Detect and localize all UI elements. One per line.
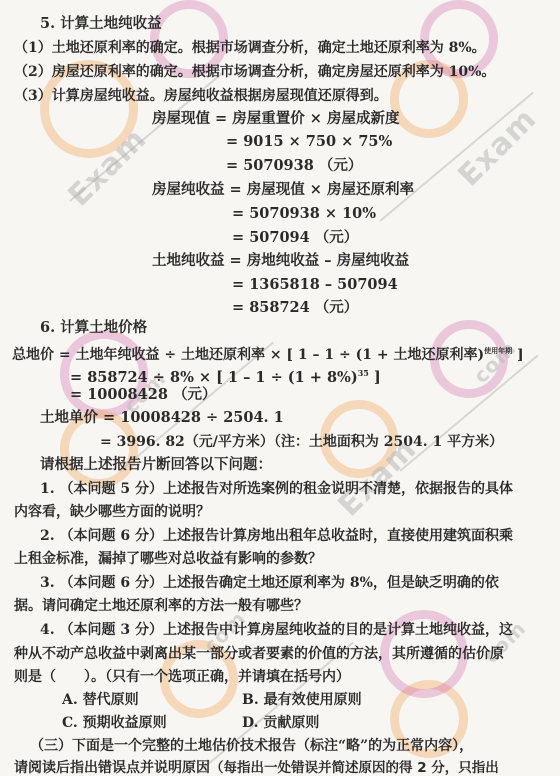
total-price-formula: 总地价 = 土地年纯收益 ÷ 土地还原利率 × [ 1 – 1 ÷ (1 + 土… bbox=[12, 341, 524, 365]
total-price-calc-exponent: 35 bbox=[358, 368, 369, 378]
question-2-line-1: 2. （本问题 6 分）上述报告计算房地出租年总收益时，直接使用建筑面积乘 bbox=[40, 526, 513, 546]
total-price-formula-exponent: 使用年期 bbox=[484, 346, 512, 355]
formula-house-income-2: = 5070938 × 10% bbox=[232, 204, 376, 224]
part-3-line-2: 请阅读后指出错误点并说明原因（每指出一处错误并简述原因的得 2 分，只指出 bbox=[14, 758, 499, 776]
total-price-formula-end: ] bbox=[512, 347, 524, 363]
question-4-line-3: 则是（ ）。（只有一个选项正确，并请填在括号内） bbox=[14, 667, 350, 687]
formula-house-value-1: 房屋现值 = 房屋重置价 × 房屋成新度 bbox=[152, 109, 400, 129]
formula-house-income-1: 房屋纯收益 = 房屋现值 × 房屋还原利率 bbox=[152, 180, 414, 200]
part-3-line-2-text: 请阅读后指出错误点并说明原因 bbox=[14, 760, 210, 776]
formula-house-income-3: = 507094 （元） bbox=[232, 228, 358, 248]
total-price-formula-main: 总地价 = 土地年纯收益 ÷ 土地还原利率 × [ 1 – 1 ÷ (1 + 土… bbox=[12, 347, 484, 363]
formula-house-value-2: = 9015 × 750 × 75% bbox=[226, 132, 392, 152]
total-price-calc-main: = 858724 ÷ 8% × [ 1 – 1 ÷ (1 + 8%) bbox=[70, 369, 358, 386]
watermark-line bbox=[379, 92, 533, 222]
section-5-item-1: （1）土地还原利率的确定。根据市场调查分析，确定土地还原利率为 8%。 bbox=[14, 38, 486, 58]
question-3-line-2: 据。请问确定土地还原利率的方法一般有哪些？ bbox=[14, 596, 308, 616]
part-3-line-1: （三）下面是一个完整的土地估价技术报告（标注“略”的为正常内容）， bbox=[30, 736, 473, 756]
part-3-line-2-scoring: （每指出一处错误并简述原因的得 2 分，只指出 bbox=[210, 760, 499, 776]
option-a: A. 替代原则 bbox=[62, 690, 139, 710]
option-b: B. 最有效使用原则 bbox=[242, 690, 362, 710]
section-5-item-3: （3）计算房屋纯收益。房屋纯收益根据房屋现值还原得到。 bbox=[14, 86, 388, 106]
question-2-line-2: 上租金标准，漏掉了哪些对总收益有影响的参数？ bbox=[14, 549, 322, 569]
question-1-line-1: 1. （本问题 5 分）上述报告对所选案例的租金说明不清楚，依据报告的具体 bbox=[40, 479, 513, 499]
question-3-line-1: 3. （本问题 6 分）上述报告确定土地还原利率为 8%，但是缺乏明确的依 bbox=[40, 573, 499, 593]
total-price-result: = 10008428 （元） bbox=[70, 385, 216, 405]
total-price-calc-end: ] bbox=[369, 369, 381, 386]
question-4-line-2: 种从不动产总收益中剥离出某一部分或者要素的价值的方法，其所遵循的估价原 bbox=[14, 644, 504, 664]
watermark-text: Exam bbox=[452, 101, 544, 193]
section-5-heading: 5. 计算土地纯收益 bbox=[40, 14, 162, 34]
formula-house-value-3: = 5070938 （元） bbox=[226, 156, 362, 176]
watermark-text: Exam bbox=[62, 121, 154, 213]
section-6-heading: 6. 计算土地价格 bbox=[40, 318, 147, 338]
watermark-line bbox=[399, 355, 538, 472]
question-4-line-1: 4. （本问题 3 分）上述报告中计算房屋纯收益的目的是计算土地纯收益，这 bbox=[40, 620, 513, 640]
question-1-line-2: 内容看，缺少哪些方面的说明？ bbox=[14, 502, 210, 522]
unit-price-result: = 3996. 82（元/平方米）（注：土地面积为 2504. 1 平方米） bbox=[100, 432, 503, 452]
formula-land-income-3: = 858724 （元） bbox=[232, 298, 358, 318]
unit-price-formula: 土地单价 = 10008428 ÷ 2504. 1 bbox=[40, 408, 284, 428]
option-c: C. 预期收益原则 bbox=[62, 713, 167, 733]
section-5-item-2: （2）房屋还原利率的确定。根据市场调查分析，确定房屋还原利率为 10%。 bbox=[14, 62, 495, 82]
questions-intro: 请根据上述报告片断回答以下问题： bbox=[40, 455, 272, 475]
option-d: D. 贡献原则 bbox=[242, 713, 319, 733]
document-page: Exam Exam Exam com com com com 5. 计算土地纯收… bbox=[0, 0, 560, 776]
formula-land-income-2: = 1365818 – 507094 bbox=[232, 275, 398, 295]
formula-land-income-1: 土地纯收益 = 房地纯收益 – 房屋纯收益 bbox=[152, 251, 409, 271]
